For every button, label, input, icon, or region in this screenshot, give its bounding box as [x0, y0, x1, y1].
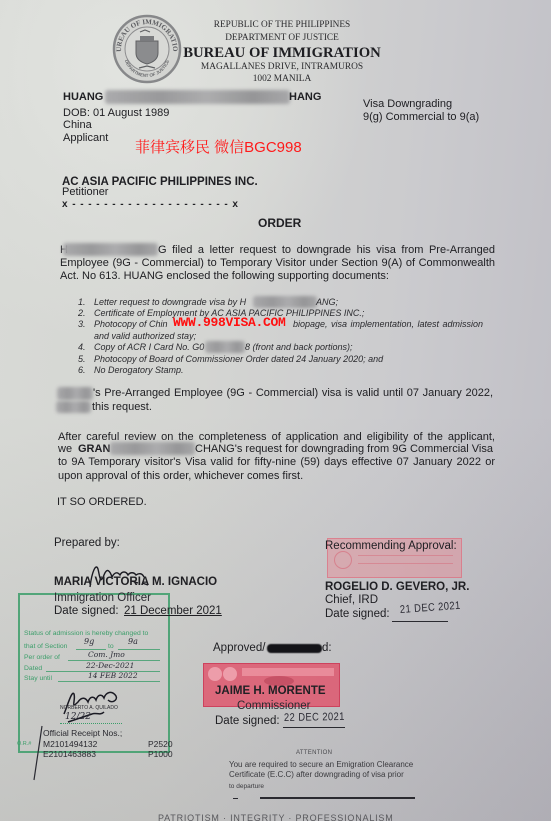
doc-item-text-continued: and valid authorized stay; [94, 331, 196, 342]
doc-item-text: Photocopy of Chin [94, 319, 168, 330]
case-title: Visa Downgrading [363, 98, 452, 111]
stamp-dated-label: Dated [24, 664, 42, 673]
receipt-amount: P1000 [148, 749, 173, 759]
doc-item-number: 1. [78, 297, 86, 308]
stamp-dated-value: 22-Dec-2021 [86, 661, 134, 671]
doc-item-text-end: ANG; [316, 297, 338, 308]
redaction-blur [110, 442, 195, 455]
redaction-marker [267, 644, 322, 653]
doc-item-text: No Derogatory Stamp. [94, 365, 184, 376]
attention-dash [233, 798, 238, 799]
doc-item-text-end: biopage, visa implementation, latest adm… [293, 319, 483, 330]
immigration-order-document: BUREAU OF IMMIGRATION DEPARTMENT OF JUST… [0, 0, 551, 821]
chinese-contact-watermark: 菲律宾移民 微信BGC998 [135, 140, 302, 156]
stamp-section-to: 9a [128, 637, 138, 647]
recommending-date-label: Date signed: [325, 608, 390, 621]
para3-line2-granted: GRAN [78, 443, 110, 456]
stamp-section-label: that of Section [24, 642, 67, 651]
redaction-blur [205, 341, 245, 353]
redaction-blur [105, 90, 290, 104]
closing-statement: IT SO ORDERED. [57, 496, 147, 509]
approved-date-line [283, 727, 345, 728]
doc-item-number: 2. [78, 308, 86, 319]
stamp-officer-line [60, 723, 122, 724]
applicant-name-start: HUANG [63, 91, 103, 104]
attention-line: You are required to secure an Emigration… [229, 760, 413, 770]
approved-label-end: d: [322, 642, 332, 655]
footer-motto: PATRIOTISM · INTEGRITY · PROFESSIONALISM [158, 813, 394, 821]
para2-line2: this request. [92, 401, 152, 414]
attention-line: Certificate (E.C.C) after downgrading of… [229, 770, 404, 780]
stamp-receipts-label: Official Receipt Nos.; [43, 728, 122, 738]
recommending-name: ROGELIO D. GEVERO, JR. [325, 581, 469, 594]
doc-item-number: 5. [78, 354, 86, 365]
redaction-blur [57, 387, 93, 400]
para3-line2-start: we [58, 443, 72, 456]
attention-title: ATTENTION [296, 749, 332, 757]
doc-item-text: Letter request to downgrade visa by H [94, 297, 246, 308]
stamp-stay-value: 14 FEB 2022 [88, 671, 138, 681]
stamp-per-order-label: Per order of [24, 653, 60, 662]
pen-mark [30, 724, 46, 782]
doc-item-text: Photocopy of Board of Commissioner Order… [94, 354, 383, 365]
doc-item-text: Copy of ACR I Card No. G0 [94, 342, 204, 353]
doc-item-number: 6. [78, 365, 86, 376]
approved-date-stamp: 22 DEC 2021 [284, 711, 345, 725]
stamp-per-order-value: Com. Jmo [88, 650, 125, 660]
approved-name: JAIME H. MORENTE [215, 685, 326, 698]
stamp-officer-name: NORBERTO A. QUILADO [60, 705, 118, 711]
applicant-name-end: HANG [289, 91, 321, 104]
recommending-date-stamp: 21 DEC 2021 [400, 600, 462, 617]
prepared-by-label: Prepared by: [54, 537, 120, 550]
doc-item-number: 3. [78, 319, 86, 330]
receipt-number: M2101494132 [43, 739, 97, 749]
para3-line2: CHANG's request for downgrading from 9G … [195, 443, 493, 456]
department-heading: DEPARTMENT OF JUSTICE [181, 33, 383, 44]
address-line-1: MAGALLANES DRIVE, INTRAMUROS [181, 62, 383, 73]
para3-line4: upon approval of this order, whichever c… [58, 470, 303, 483]
para1-line2: Employee (9G - Commercial) to Temporary … [60, 257, 495, 270]
receipt-amount: P2520 [148, 739, 173, 749]
agency-heading: BUREAU OF IMMIGRATION [181, 45, 383, 61]
applicant-nationality: China [63, 119, 92, 132]
case-detail: 9(g) Commercial to 9(a) [363, 111, 479, 124]
para2-line1: 's Pre-Arranged Employee (9G - Commercia… [93, 387, 493, 400]
approved-label: Approved/ [213, 642, 265, 655]
website-watermark: WWW.998VISA.COM [173, 316, 286, 330]
stamp-officer-date: 12/22 [65, 712, 91, 723]
bureau-seal-icon: BUREAU OF IMMIGRATION DEPARTMENT OF JUST… [112, 14, 182, 84]
applicant-role: Applicant [63, 132, 108, 145]
receipt-number: E2101463883 [43, 749, 96, 759]
redaction-blur [253, 296, 317, 308]
prepared-by-name: MARIA VICTORIA M. IGNACIO [54, 576, 217, 589]
attention-rule [260, 797, 415, 799]
para3-line3: to 9A Temporary visitor's Visa valid for… [58, 456, 495, 469]
approved-date-label: Date signed: [215, 715, 280, 728]
stamp-section-from: 9g [84, 637, 94, 647]
para1-line1: G filed a letter request to downgrade hi… [158, 244, 495, 257]
caption-separator: x - - - - - - - - - - - - - - - - - - - … [62, 198, 238, 211]
recommending-date-line [392, 621, 448, 622]
prepared-date-value: 21 December 2021 [124, 605, 222, 618]
recommending-label: Recommending Approval: [325, 540, 457, 553]
redaction-blur [63, 243, 158, 256]
recommending-title: Chief, IRD [325, 594, 378, 607]
doc-item-number: 4. [78, 342, 86, 353]
doc-item-text-end: 8 (front and back portions); [245, 342, 353, 353]
republic-heading: REPUBLIC OF THE PHILIPPINES [181, 20, 383, 31]
prepared-by-title: Immigration Officer [54, 592, 151, 605]
attention-line: to departure [229, 782, 264, 792]
order-title: ORDER [258, 216, 301, 230]
stamp-stay-label: Stay until [24, 674, 52, 683]
para1-line3: Act. No 613. HUANG enclosed the followin… [60, 270, 389, 283]
redaction-blur [56, 401, 91, 413]
address-line-2: 1002 MANILA [181, 74, 383, 85]
prepared-date-label: Date signed: [54, 605, 119, 618]
